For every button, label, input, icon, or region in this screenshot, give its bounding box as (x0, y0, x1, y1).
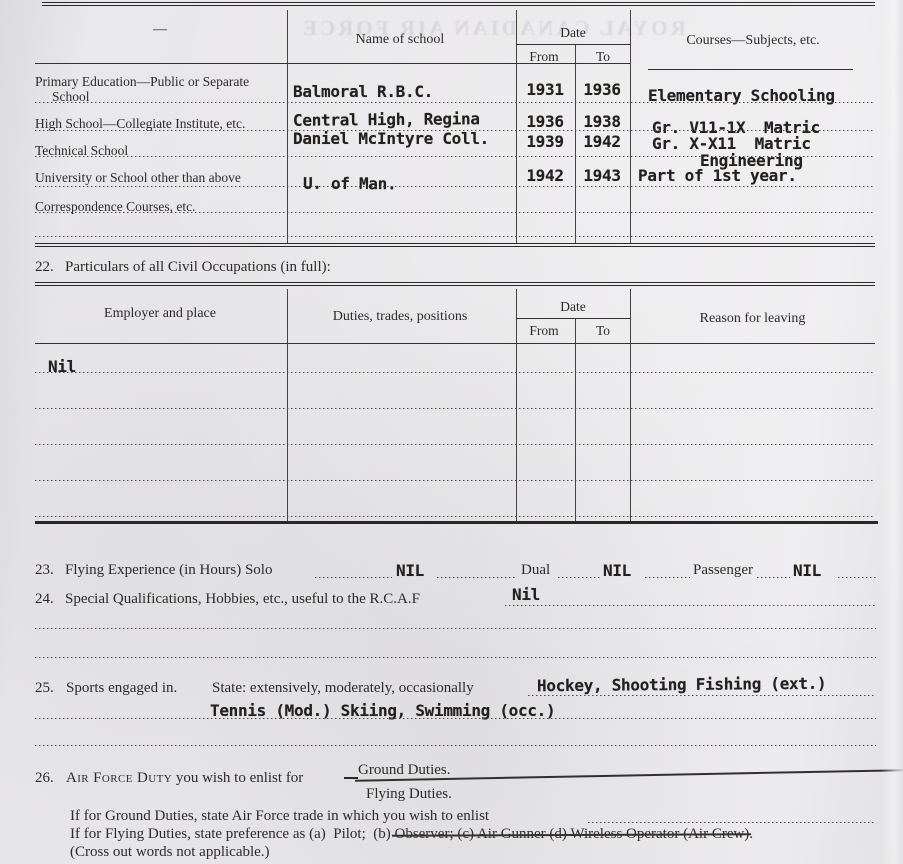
rule (35, 657, 876, 658)
rule (35, 628, 876, 629)
sports-label: Sports engaged in. (66, 680, 177, 697)
edu-row-school: Daniel McIntyre Coll. (293, 129, 489, 148)
rule (35, 745, 876, 746)
edu-row-school: Balmoral R.B.C. (293, 82, 433, 101)
edu-row-label: University or School other than above (35, 170, 241, 186)
rule (437, 577, 517, 578)
rule (287, 289, 288, 522)
qualifications-value: Nil (512, 585, 540, 604)
duty-label: Air Force Duty you wish to enlist for (66, 770, 303, 787)
rule (645, 577, 690, 578)
flying-dual-label: Dual (521, 562, 550, 579)
rule (528, 695, 876, 696)
rule (630, 10, 631, 243)
rule (558, 577, 600, 578)
edu-row-to: 1943 (574, 166, 630, 185)
edu-row-to: 1942 (574, 132, 630, 151)
section-number: 25. (35, 680, 54, 697)
edu-header-from: From (514, 49, 574, 65)
occ-header-duties: Duties, trades, positions (300, 309, 500, 325)
duty-label-rest: you wish to enlist for (172, 770, 303, 786)
edu-row-to: 1938 (574, 112, 630, 131)
rule (588, 822, 876, 823)
rule (35, 444, 873, 445)
duty-ground-line: If for Ground Duties, state Air Force tr… (70, 808, 489, 825)
section-number: 26. (35, 770, 54, 787)
flying-label: Flying Experience (in Hours) Solo (65, 562, 272, 579)
edu-row-school: U. of Man. (303, 174, 396, 194)
edu-header-name-of-school: Name of school (300, 32, 500, 48)
rule (35, 480, 873, 481)
edu-row-from: 1936 (517, 112, 573, 131)
rule (35, 236, 873, 237)
edu-row-to: 1936 (574, 80, 630, 99)
edu-header-date: Date (516, 25, 630, 41)
rule (35, 516, 873, 517)
qualifications-label: Special Qualifications, Hobbies, etc., u… (65, 591, 420, 608)
rule (838, 577, 876, 578)
occ-header-date: Date (516, 299, 630, 315)
rule (35, 243, 875, 247)
rule (344, 777, 358, 779)
rule (35, 212, 873, 213)
rule (35, 408, 873, 409)
rule (35, 521, 878, 524)
flying-passenger-value: NIL (793, 561, 821, 580)
edu-row-from: 1939 (517, 132, 573, 151)
rule (287, 10, 288, 243)
rule (575, 319, 576, 522)
scanned-form-page: ROYAL CANADIAN AIR FORCE — Name of schoo… (0, 0, 903, 864)
rule (35, 102, 873, 103)
occ-header-from: From (514, 323, 574, 339)
edu-header-dash: — (130, 22, 190, 38)
section-number: 24. (35, 591, 54, 608)
duty-note: (Cross out words not applicable.) (70, 844, 270, 861)
rule (35, 343, 875, 344)
duty-flying-prefix: If for Flying Duties, state preference a… (70, 826, 394, 842)
duty-ground-option: Ground Duties. (358, 762, 903, 779)
duty-flying-struck: Observer; (c) Air Gunner (d) Wireless Op… (394, 826, 749, 842)
rule (505, 605, 876, 606)
occ-header-employer: Employer and place (60, 306, 260, 322)
rule (35, 372, 873, 373)
section-title: Particulars of all Civil Occupations (in… (65, 259, 331, 276)
rule (35, 282, 875, 286)
rule (516, 318, 630, 319)
edu-header-to: To (575, 49, 631, 65)
edu-header-courses: Courses—Subjects, etc. (648, 33, 858, 49)
rule (757, 577, 790, 578)
duty-label-caps: Air Force Duty (66, 770, 172, 786)
edu-row-school: Central High, Regina (293, 109, 480, 130)
edu-row-from: 1931 (517, 80, 573, 99)
rule (42, 2, 875, 6)
duty-flying-option: Flying Duties. (366, 786, 452, 803)
section-number: 22. (35, 259, 54, 276)
flying-passenger-label: Passenger (693, 562, 753, 579)
rule (648, 69, 853, 70)
flying-dual-value: NIL (603, 561, 631, 580)
duty-flying-line: If for Flying Duties, state preference a… (70, 826, 753, 843)
rule (35, 186, 873, 187)
sports-state-label: State: extensively, moderately, occasion… (212, 680, 474, 697)
sports-value-line1: Hockey, Shooting Fishing (ext.) (537, 674, 826, 696)
rule (516, 44, 630, 45)
occ-header-reason: Reason for leaving (645, 311, 860, 327)
section-number: 23. (35, 562, 54, 579)
rule (35, 718, 876, 719)
rule (315, 577, 392, 578)
edu-row-from: 1942 (517, 166, 573, 185)
occ-header-to: To (575, 323, 631, 339)
flying-solo-value: NIL (396, 561, 424, 580)
edu-row-courses: Part of 1st year. (638, 166, 797, 185)
edu-row-label: Primary Education—Public or Separate (35, 74, 249, 90)
